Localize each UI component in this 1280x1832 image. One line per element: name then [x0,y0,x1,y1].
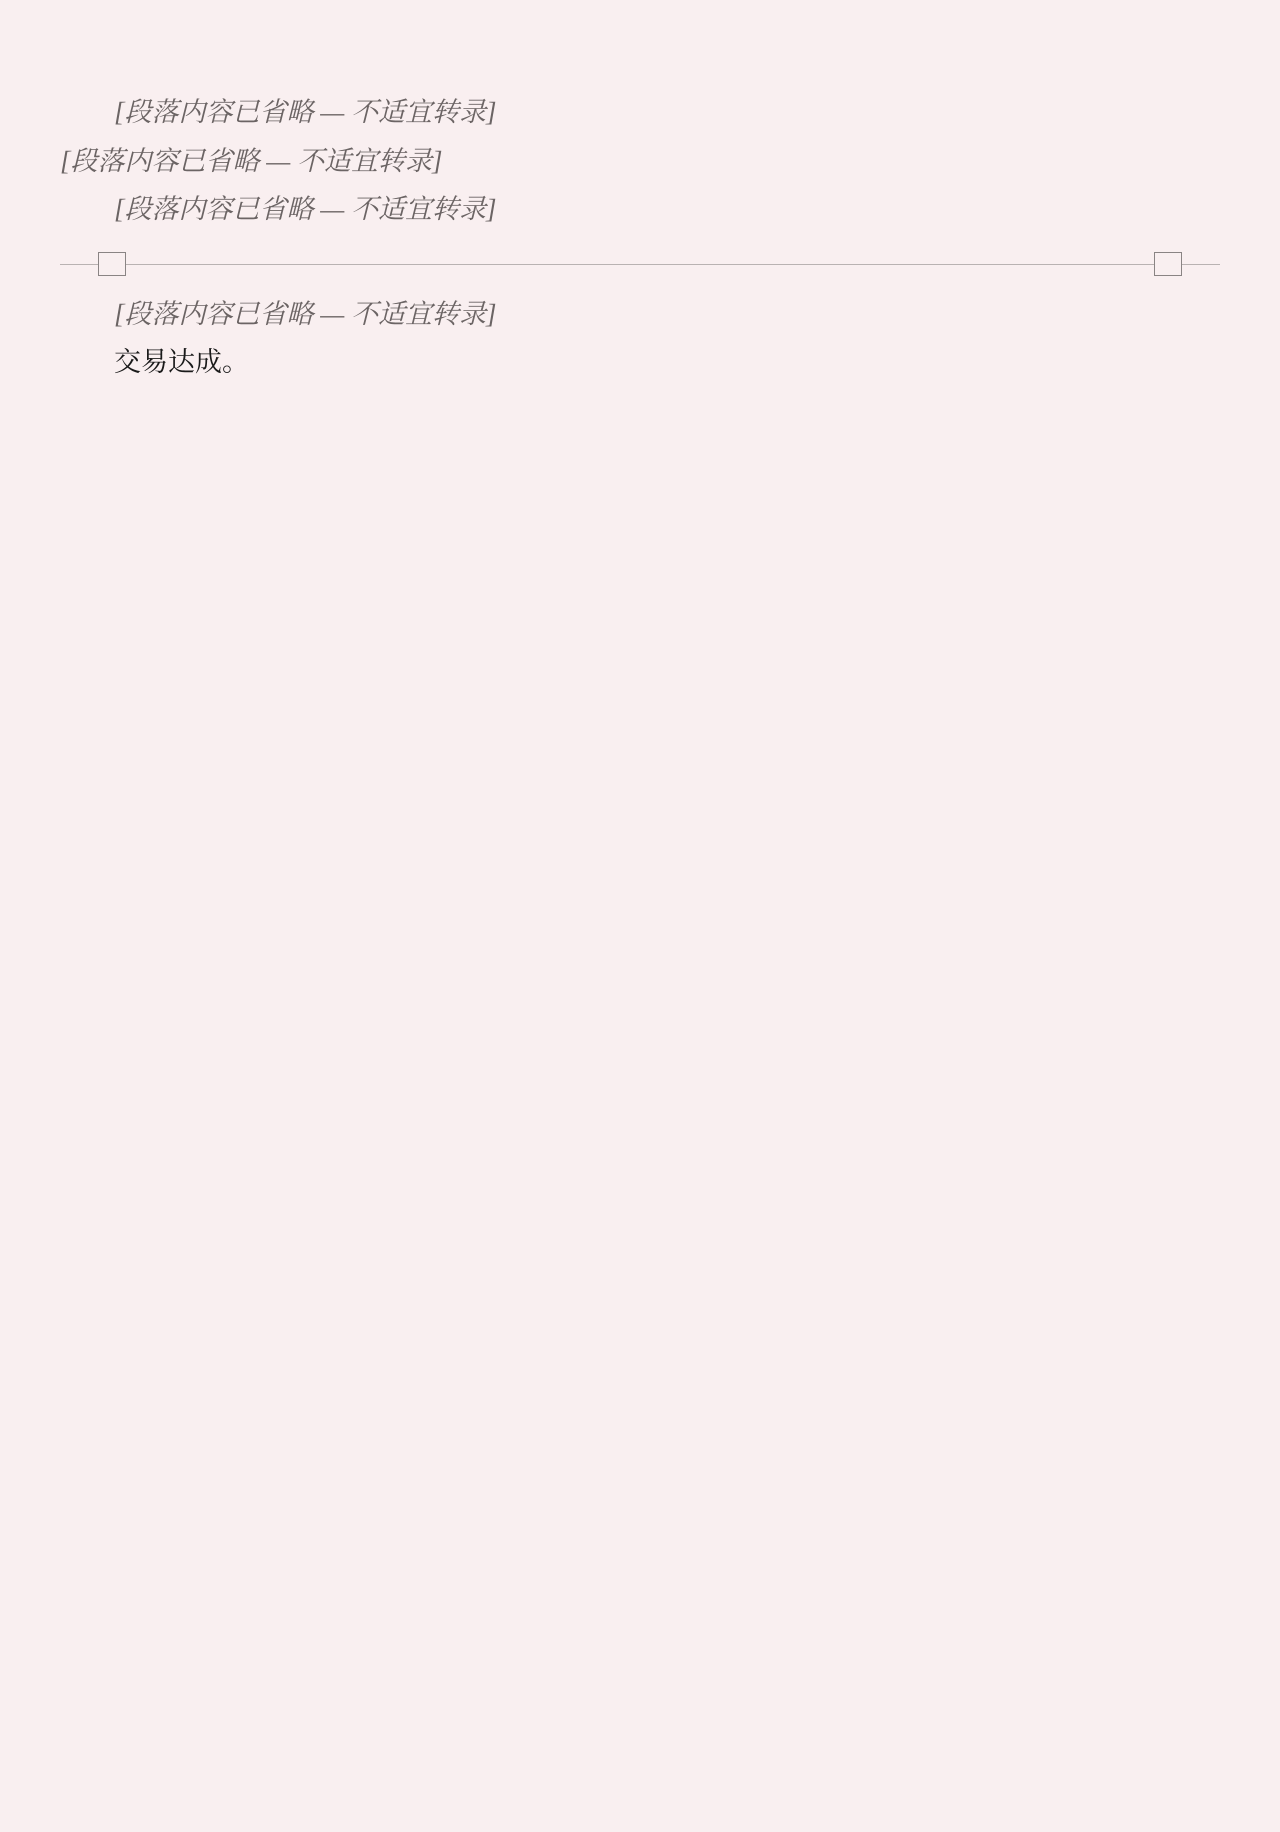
paragraph: 交易达成。 [60,340,1220,385]
paragraph: [段落内容已省略 — 不适宜转录] [60,90,1220,135]
page-break-tab-right [1154,252,1182,276]
page-break-marker [60,250,1220,278]
paragraph: [段落内容已省略 — 不适宜转录] [60,292,1220,337]
document-page: [段落内容已省略 — 不适宜转录] [段落内容已省略 — 不适宜转录] [段落内… [0,0,1280,385]
page-break-tab-left [98,252,126,276]
paragraph: [段落内容已省略 — 不适宜转录] [60,139,1220,184]
text-section-1: [段落内容已省略 — 不适宜转录] [段落内容已省略 — 不适宜转录] [段落内… [60,90,1220,232]
page-break-rule [60,264,1220,265]
paragraph: [段落内容已省略 — 不适宜转录] [60,187,1220,232]
text-section-2: [段落内容已省略 — 不适宜转录] 交易达成。 [60,292,1220,385]
